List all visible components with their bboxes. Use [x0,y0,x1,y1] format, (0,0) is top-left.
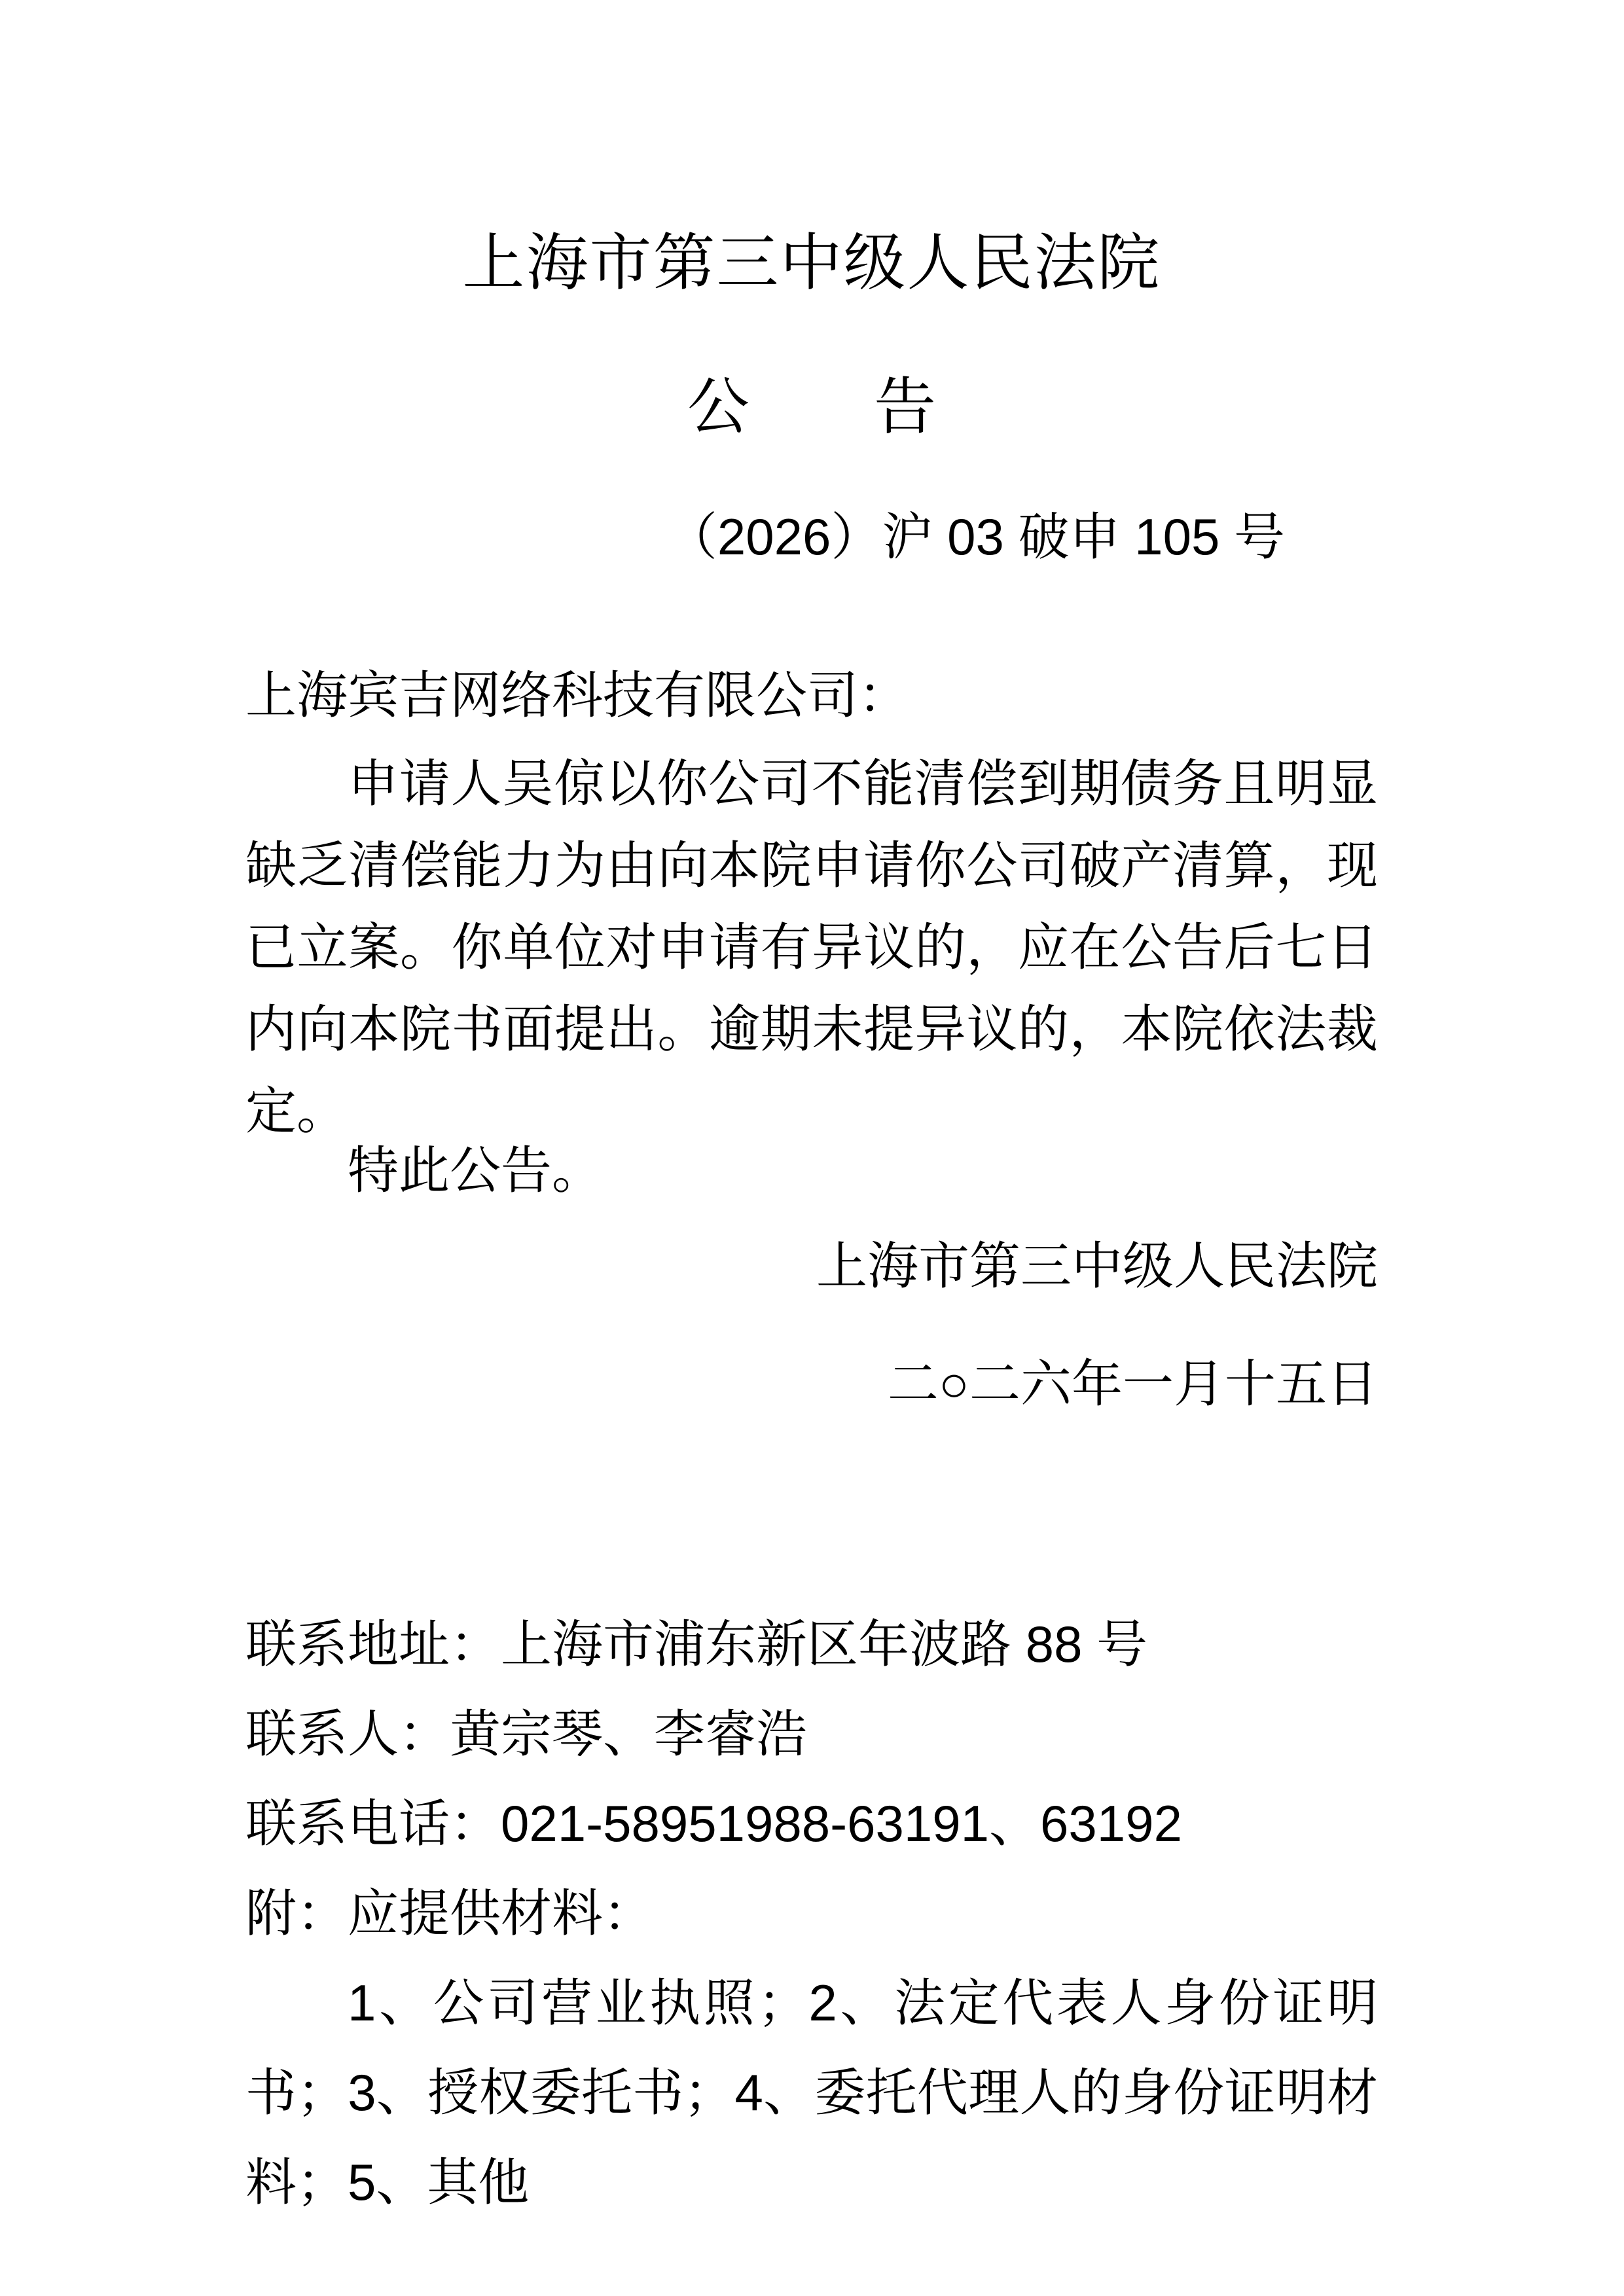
attachment-heading: 附：应提供材料： [245,1869,1378,1958]
announcement-page: 上海市第三中级人民法院 公 告 （2026）沪 03 破申 105 号 上海宾吉… [0,0,1624,2296]
court-title: 上海市第三中级人民法院 [245,228,1378,299]
closing-line: 特此公告。 [245,1130,1378,1211]
doc-title: 公 告 [245,372,1378,443]
signature-line: 上海市第三中级人民法院 [245,1225,1378,1307]
date-line: 二○二六年一月十五日 [245,1343,1378,1425]
contact-address-label: 联系地址： [245,1615,501,1673]
contact-block: 联系地址：上海市浦东新区年波路 88 号 联系人：黄宗琴、李睿浩 联系电话：02… [245,1600,1378,2227]
contact-phone-label: 联系电话： [245,1795,501,1852]
contact-phone-line: 联系电话：021-58951988-63191、63192 [245,1779,1378,1869]
contact-person-label: 联系人： [245,1705,450,1763]
contact-person-line: 联系人：黄宗琴、李睿浩 [245,1689,1378,1779]
case-number: （2026）沪 03 破申 105 号 [245,509,1378,565]
contact-address-value: 上海市浦东新区年波路 88 号 [501,1615,1147,1673]
contact-person-value: 黄宗琴、李睿浩 [450,1705,807,1763]
attachment-items: 1、公司营业执照；2、法定代表人身份证明书；3、授权委托书；4、委托代理人的身份… [245,1958,1378,2227]
body-paragraph: 申请人吴倞以你公司不能清偿到期债务且明显缺乏清偿能力为由向本院申请你公司破产清算… [245,743,1378,1152]
recipient-line: 上海宾吉网络科技有限公司： [245,668,1378,724]
contact-address-line: 联系地址：上海市浦东新区年波路 88 号 [245,1600,1378,1689]
contact-phone-value: 021-58951988-63191、63192 [501,1795,1182,1852]
